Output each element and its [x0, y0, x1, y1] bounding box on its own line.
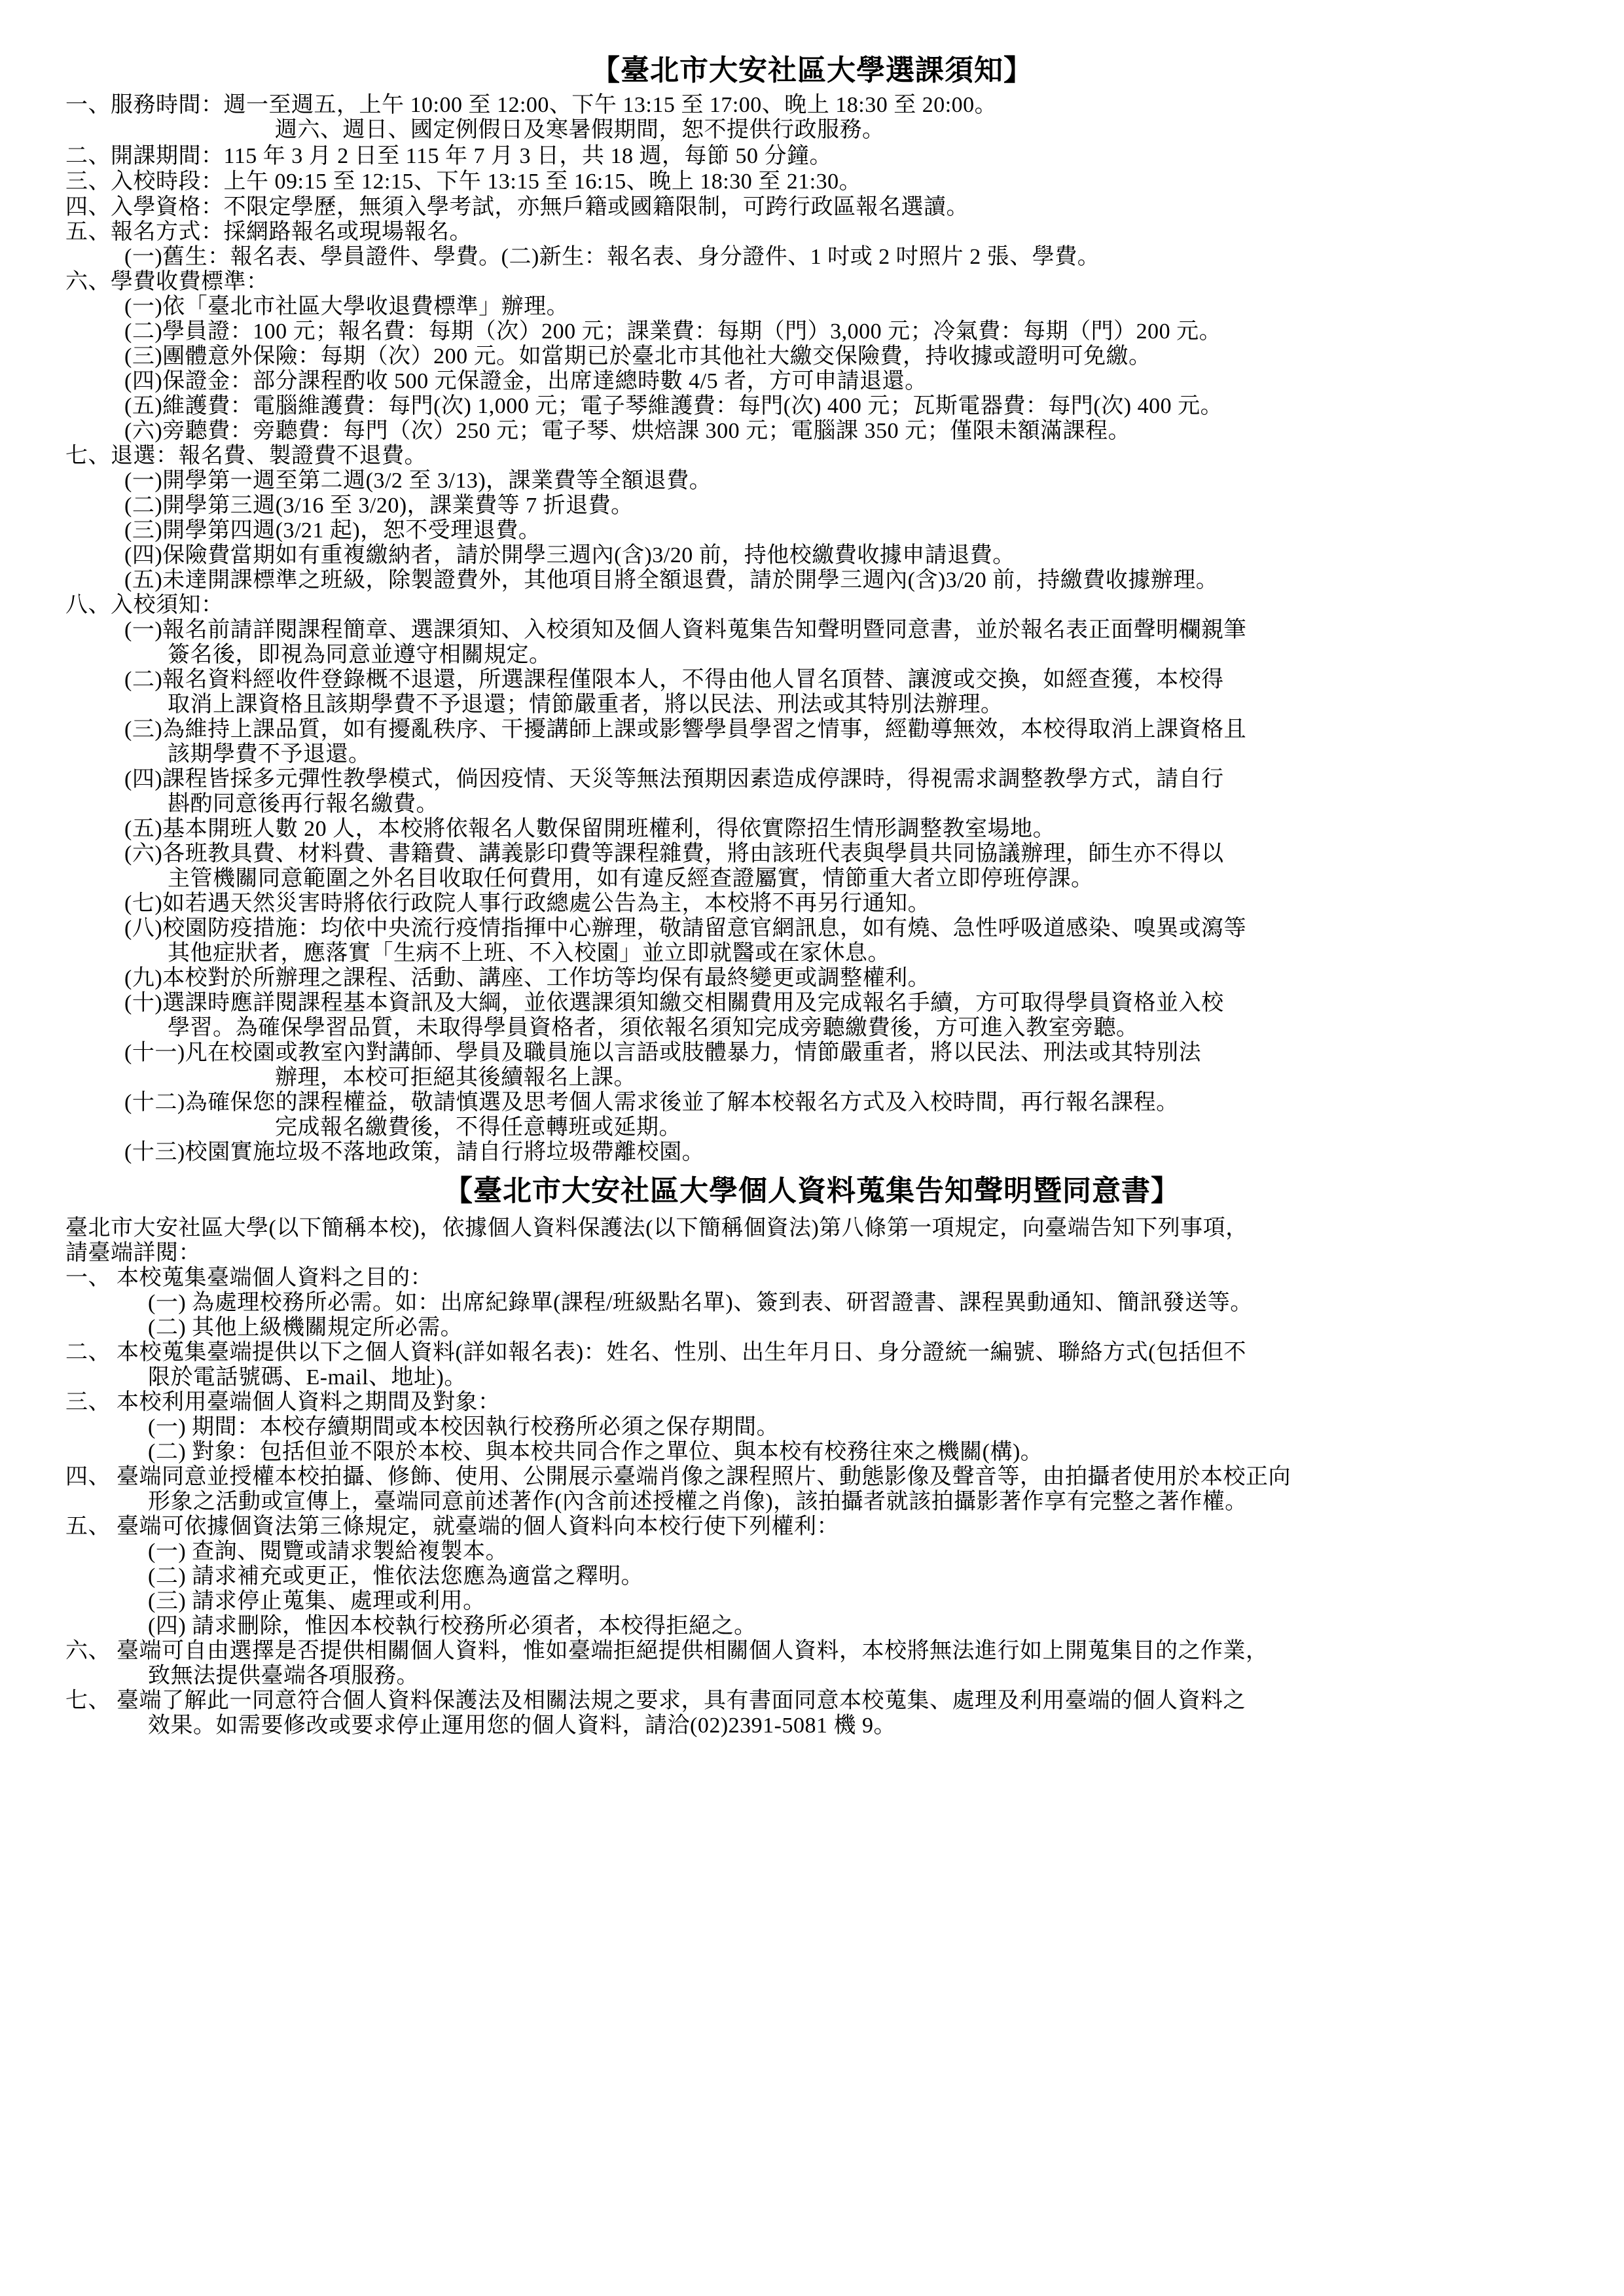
entry-note-cont: 簽名後，即視為同意並遵守相關規定。 — [168, 643, 552, 668]
consent-title: 【臺北市大安社區大學個人資料蒐集告知聲明暨同意書】 — [0, 1173, 1624, 1210]
entry-note: (十三)校園實施垃圾不落地政策，請自行將垃圾帶離校園。 — [124, 1140, 704, 1165]
entry-note-cont: 主管機關同意範圍之外名目收取任何費用，如有違反經查證屬實，情節重大者立即停班停課… — [168, 867, 1094, 891]
entry-note: (五)基本開班人數 20 人，本校將依報名人數保留開班權利，得依實際招生情形調整… — [124, 817, 1055, 842]
withdrawal-item: (四)保險費當期如有重複繳納者，請於開學三週內(含)3/20 前，持他校繳費收據… — [124, 543, 1015, 568]
section-entry-notes: 八、入校須知： — [65, 593, 224, 618]
entry-note-cont: 取消上課資格且該期學費不予退還；情節嚴重者，將以民法、刑法或其特別法辦理。 — [168, 692, 1003, 717]
entry-note: (十二)為確保您的課程權益，敬請慎選及思考個人需求後並了解本校報名方式及入校時間… — [124, 1090, 1179, 1115]
consent-item: (二) 對象：包括但並不限於本校、與本校共同合作之單位、與本校有校務往來之機關(… — [148, 1440, 1043, 1465]
consent-item: (四) 請求刪除，惟因本校執行校務所必須者，本校得拒絕之。 — [148, 1614, 757, 1639]
entry-note-cont: 完成報名繳費後，不得任意轉班或延期。 — [275, 1115, 681, 1140]
consent-section: 四、 臺端同意並授權本校拍攝、修飾、使用、公開展示臺端肖像之課程照片、動態影像及… — [65, 1465, 1291, 1490]
notice-page: 【臺北市大安社區大學選課須知】 一、服務時間：週一至週五，上午 10:00 至 … — [0, 0, 1624, 2296]
entry-note-cont: 該期學費不予退還。 — [168, 742, 371, 767]
fee-item: (六)旁聽費：旁聽費：每門（次）250 元；電子琴、烘焙課 300 元；電腦課 … — [124, 419, 1130, 444]
consent-item: (三) 請求停止蒐集、處理或利用。 — [148, 1589, 486, 1614]
consent-section: 三、 本校利用臺端個人資料之期間及對象： — [65, 1390, 501, 1415]
consent-section-cont: 形象之活動或宣傳上，臺端同意前述著作(內含前述授權之肖像)，該拍攝者就該拍攝影著… — [148, 1490, 1248, 1515]
entry-note-cont: 斟酌同意後再行報名繳費。 — [168, 792, 439, 817]
withdrawal-item: (二)開學第三週(3/16 至 3/20)，課業費等 7 折退費。 — [124, 493, 634, 518]
entry-note: (十一)凡在校園或教室內對講師、學員及職員施以言語或肢體暴力，情節嚴重者，將以民… — [124, 1041, 1201, 1066]
consent-section: 六、 臺端可自由選擇是否提供相關個人資料，惟如臺端拒絕提供相關個人資料，本校將無… — [65, 1639, 1269, 1664]
entry-note-cont: 學習。為確保學習品質，未取得學員資格者，須依報名須知完成旁聽繳費後，方可進入教室… — [168, 1016, 1139, 1041]
section-service-hours: 一、服務時間：週一至週五，上午 10:00 至 12:00、下午 13:15 至… — [65, 93, 997, 118]
consent-item: (一) 查詢、閱覽或請求製給複製本。 — [148, 1539, 508, 1564]
withdrawal-item: (五)未達開課標準之班級，除製證費外，其他項目將全額退費，請於開學三週內(含)3… — [124, 568, 1218, 593]
fee-item: (一)依「臺北市社區大學收退費標準」辦理。 — [124, 295, 569, 319]
section-registration: 五、報名方式：採網路報名或現場報名。 — [65, 220, 472, 245]
section-entry-hours: 三、入校時段：上午 09:15 至 12:15、下午 13:15 至 16:15… — [65, 170, 861, 194]
section-service-hours-note: 週六、週日、國定例假日及寒暑假期間，恕不提供行政服務。 — [275, 118, 885, 143]
consent-section: 二、 本校蒐集臺端提供以下之個人資料(詳如報名表)：姓名、性別、出生年月日、身分… — [65, 1340, 1246, 1365]
consent-section: 七、 臺端了解此一同意符合個人資料保護法及相關法規之要求，具有書面同意本校蒐集、… — [65, 1689, 1246, 1713]
entry-note: (四)課程皆採多元彈性教學模式，倘因疫情、天災等無法預期因素造成停課時，得視需求… — [124, 767, 1224, 792]
consent-section-cont: 效果。如需要修改或要求停止運用您的個人資料，請洽(02)2391-5081 機 … — [148, 1713, 896, 1738]
entry-note: (六)各班教具費、材料費、書籍費、講義影印費等課程雜費，將由該班代表與學員共同協… — [124, 842, 1224, 867]
entry-note: (三)為維持上課品質，如有擾亂秩序、干擾講師上課或影響學員學習之情事，經勸導無效… — [124, 717, 1246, 742]
consent-intro: 臺北市大安社區大學(以下簡稱本校)，依據個人資料保護法(以下簡稱個資法)第八條第… — [65, 1216, 1248, 1241]
withdrawal-item: (三)開學第四週(3/21 起)，恕不受理退費。 — [124, 518, 541, 543]
consent-section: 一、 本校蒐集臺端個人資料之目的： — [65, 1266, 433, 1291]
consent-item: (一) 期間：本校存續期間或本校因執行校務所必須之保存期間。 — [148, 1415, 779, 1440]
entry-note: (七)如若遇天然災害時將依行政院人事行政總處公告為主，本校將不再另行通知。 — [124, 891, 930, 916]
entry-note-cont: 其他症狀者，應落實「生病不上班、不入校園」並立即就醫或在家休息。 — [168, 941, 890, 966]
section-eligibility: 四、入學資格：不限定學歷，無須入學考試，亦無戶籍或國籍限制，可跨行政區報名選讀。 — [65, 195, 969, 220]
page-title: 【臺北市大安社區大學選課須知】 — [0, 52, 1624, 89]
consent-section-cont: 致無法提供臺端各項服務。 — [148, 1664, 419, 1689]
consent-item: (一) 為處理校務所必需。如：出席紀錄單(課程/班級點名單)、簽到表、研習證書、… — [148, 1291, 1253, 1316]
entry-note: (十)選課時應詳閱課程基本資訊及大綱，並依選課須知繳交相關費用及完成報名手續，方… — [124, 991, 1224, 1016]
entry-note-cont: 辦理，本校可拒絕其後續報名上課。 — [275, 1066, 636, 1090]
fee-item: (三)團體意外保險：每期（次）200 元。如當期已於臺北市其他社大繳交保險費，持… — [124, 344, 1151, 369]
consent-intro-cont: 請臺端詳閱： — [65, 1241, 201, 1266]
section-fees: 六、學費收費標準： — [65, 270, 269, 295]
consent-section-cont: 限於電話號碼、E-mail、地址)。 — [148, 1365, 467, 1390]
entry-note: (一)報名前請詳閱課程簡章、選課須知、入校須知及個人資料蒐集告知聲明暨同意書，並… — [124, 618, 1246, 643]
entry-note: (九)本校對於所辦理之課程、活動、講座、工作坊等均保有最終變更或調整權利。 — [124, 966, 930, 991]
section-withdrawal: 七、退選：報名費、製證費不退費。 — [65, 444, 427, 469]
fee-item: (二)學員證：100 元；報名費：每期（次）200 元；課業費：每期（門）3,0… — [124, 319, 1221, 344]
entry-note: (八)校園防疫措施：均依中央流行疫情指揮中心辦理，敬請留意官網訊息，如有燒、急性… — [124, 916, 1246, 941]
fee-item: (五)維護費：電腦維護費：每門(次) 1,000 元；電子琴維護費：每門(次) … — [124, 394, 1223, 419]
section-course-period: 二、開課期間：115 年 3 月 2 日至 115 年 7 月 3 日，共 18… — [65, 144, 832, 169]
fee-item: (四)保證金：部分課程酌收 500 元保證金，出席達總時數 4/5 者，方可申請… — [124, 369, 928, 394]
consent-item: (二) 其他上級機關規定所必需。 — [148, 1316, 463, 1340]
registration-docs: (一)舊生：報名表、學員證件、學費。(二)新生：報名表、身分證件、1 吋或 2 … — [124, 245, 1100, 270]
consent-section: 五、 臺端可依據個資法第三條規定，就臺端的個人資料向本校行使下列權利： — [65, 1515, 839, 1539]
withdrawal-item: (一)開學第一週至第二週(3/2 至 3/13)，課業費等全額退費。 — [124, 469, 712, 493]
consent-item: (二) 請求補充或更正，惟依法您應為適當之釋明。 — [148, 1564, 643, 1589]
entry-note: (二)報名資料經收件登錄概不退還，所選課程僅限本人，不得由他人冒名頂替、讓渡或交… — [124, 668, 1224, 692]
